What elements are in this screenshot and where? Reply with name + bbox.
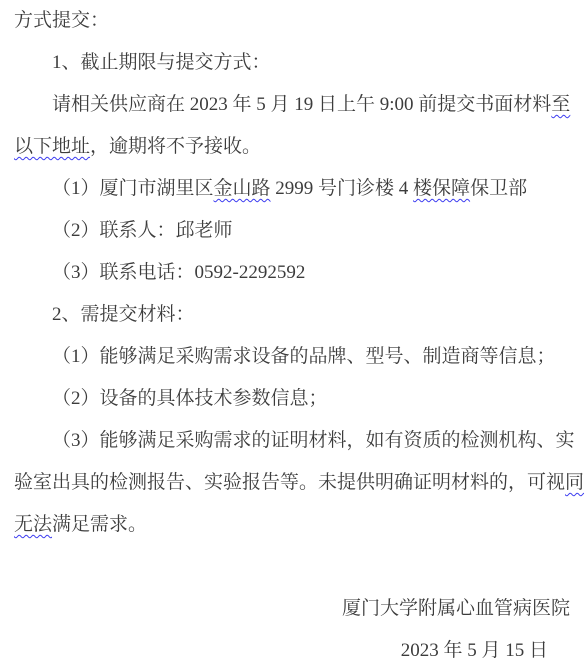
- text-run: 2、需提交材料：: [52, 304, 195, 325]
- text-run: （1）能够满足采购需求设备的品牌、型号、制造商等信息；: [52, 346, 556, 367]
- text-run: （3）联系电话：0592-2292592: [52, 262, 305, 283]
- text-run: 验室出具的检测报告、实验报告等。未提供明确证明材料的，可视: [14, 472, 565, 493]
- line-deadline-part2: 以下地址，逾期将不予接收。: [14, 126, 570, 168]
- line-contact-person: （2）联系人：邱老师: [14, 210, 570, 252]
- text-run: 2023 年 5 月 15 日: [401, 640, 548, 661]
- line-date: 2023 年 5 月 15 日: [14, 630, 570, 671]
- text-run: （2）设备的具体技术参数信息；: [52, 388, 328, 409]
- line-address: （1）厦门市湖里区金山路 2999 号门诊楼 4 楼保障保卫部: [14, 168, 570, 210]
- line-material-1: （1）能够满足采购需求设备的品牌、型号、制造商等信息；: [14, 336, 570, 378]
- text-run: 请相关供应商在 2023 年 5 月 19 日上午 9:00 前提交书面材料: [52, 94, 551, 115]
- text-run: （3）能够满足采购需求的证明材料，如有资质的检测机构、实: [52, 430, 575, 451]
- line-material-3-part3: 无法满足需求。: [14, 504, 570, 546]
- text-run: 厦门大学附属心血管病医院: [342, 598, 570, 619]
- line-section1-heading: 1、截止期限与提交方式：: [14, 42, 570, 84]
- line-signature: 厦门大学附属心血管病医院: [14, 588, 570, 630]
- document-body: 方式提交：1、截止期限与提交方式：请相关供应商在 2023 年 5 月 19 日…: [14, 0, 570, 671]
- line-material-3-part2: 验室出具的检测报告、实验报告等。未提供明确证明材料的，可视同: [14, 462, 570, 504]
- line-intro: 方式提交：: [14, 0, 570, 42]
- document-page: 方式提交：1、截止期限与提交方式：请相关供应商在 2023 年 5 月 19 日…: [0, 0, 588, 671]
- spellcheck-flagged-text: 无法: [14, 514, 52, 535]
- spellcheck-flagged-text: 同: [565, 472, 584, 493]
- line-section2-heading: 2、需提交材料：: [14, 294, 570, 336]
- line-deadline-part1: 请相关供应商在 2023 年 5 月 19 日上午 9:00 前提交书面材料至: [14, 84, 570, 126]
- text-run: （1）厦门市湖里区: [52, 178, 214, 199]
- text-run: 1、截止期限与提交方式：: [52, 52, 271, 73]
- text-run: （2）联系人：邱老师: [52, 220, 233, 241]
- text-run: 方式提交：: [14, 10, 109, 31]
- spellcheck-flagged-text: 至: [551, 94, 570, 115]
- spellcheck-flagged-text: 楼保障: [413, 178, 470, 199]
- line-material-2: （2）设备的具体技术参数信息；: [14, 378, 570, 420]
- line-blank: [14, 546, 570, 588]
- text-run: 满足需求。: [52, 514, 147, 535]
- spellcheck-flagged-text: 以下地址: [14, 136, 90, 157]
- text-run: 2999 号门诊楼 4: [271, 178, 414, 199]
- spellcheck-flagged-text: 金山路: [214, 178, 271, 199]
- text-run: ，逾期将不予接收。: [90, 136, 261, 157]
- line-contact-phone: （3）联系电话：0592-2292592: [14, 252, 570, 294]
- line-material-3-part1: （3）能够满足采购需求的证明材料，如有资质的检测机构、实: [14, 420, 570, 462]
- text-run: 保卫部: [470, 178, 527, 199]
